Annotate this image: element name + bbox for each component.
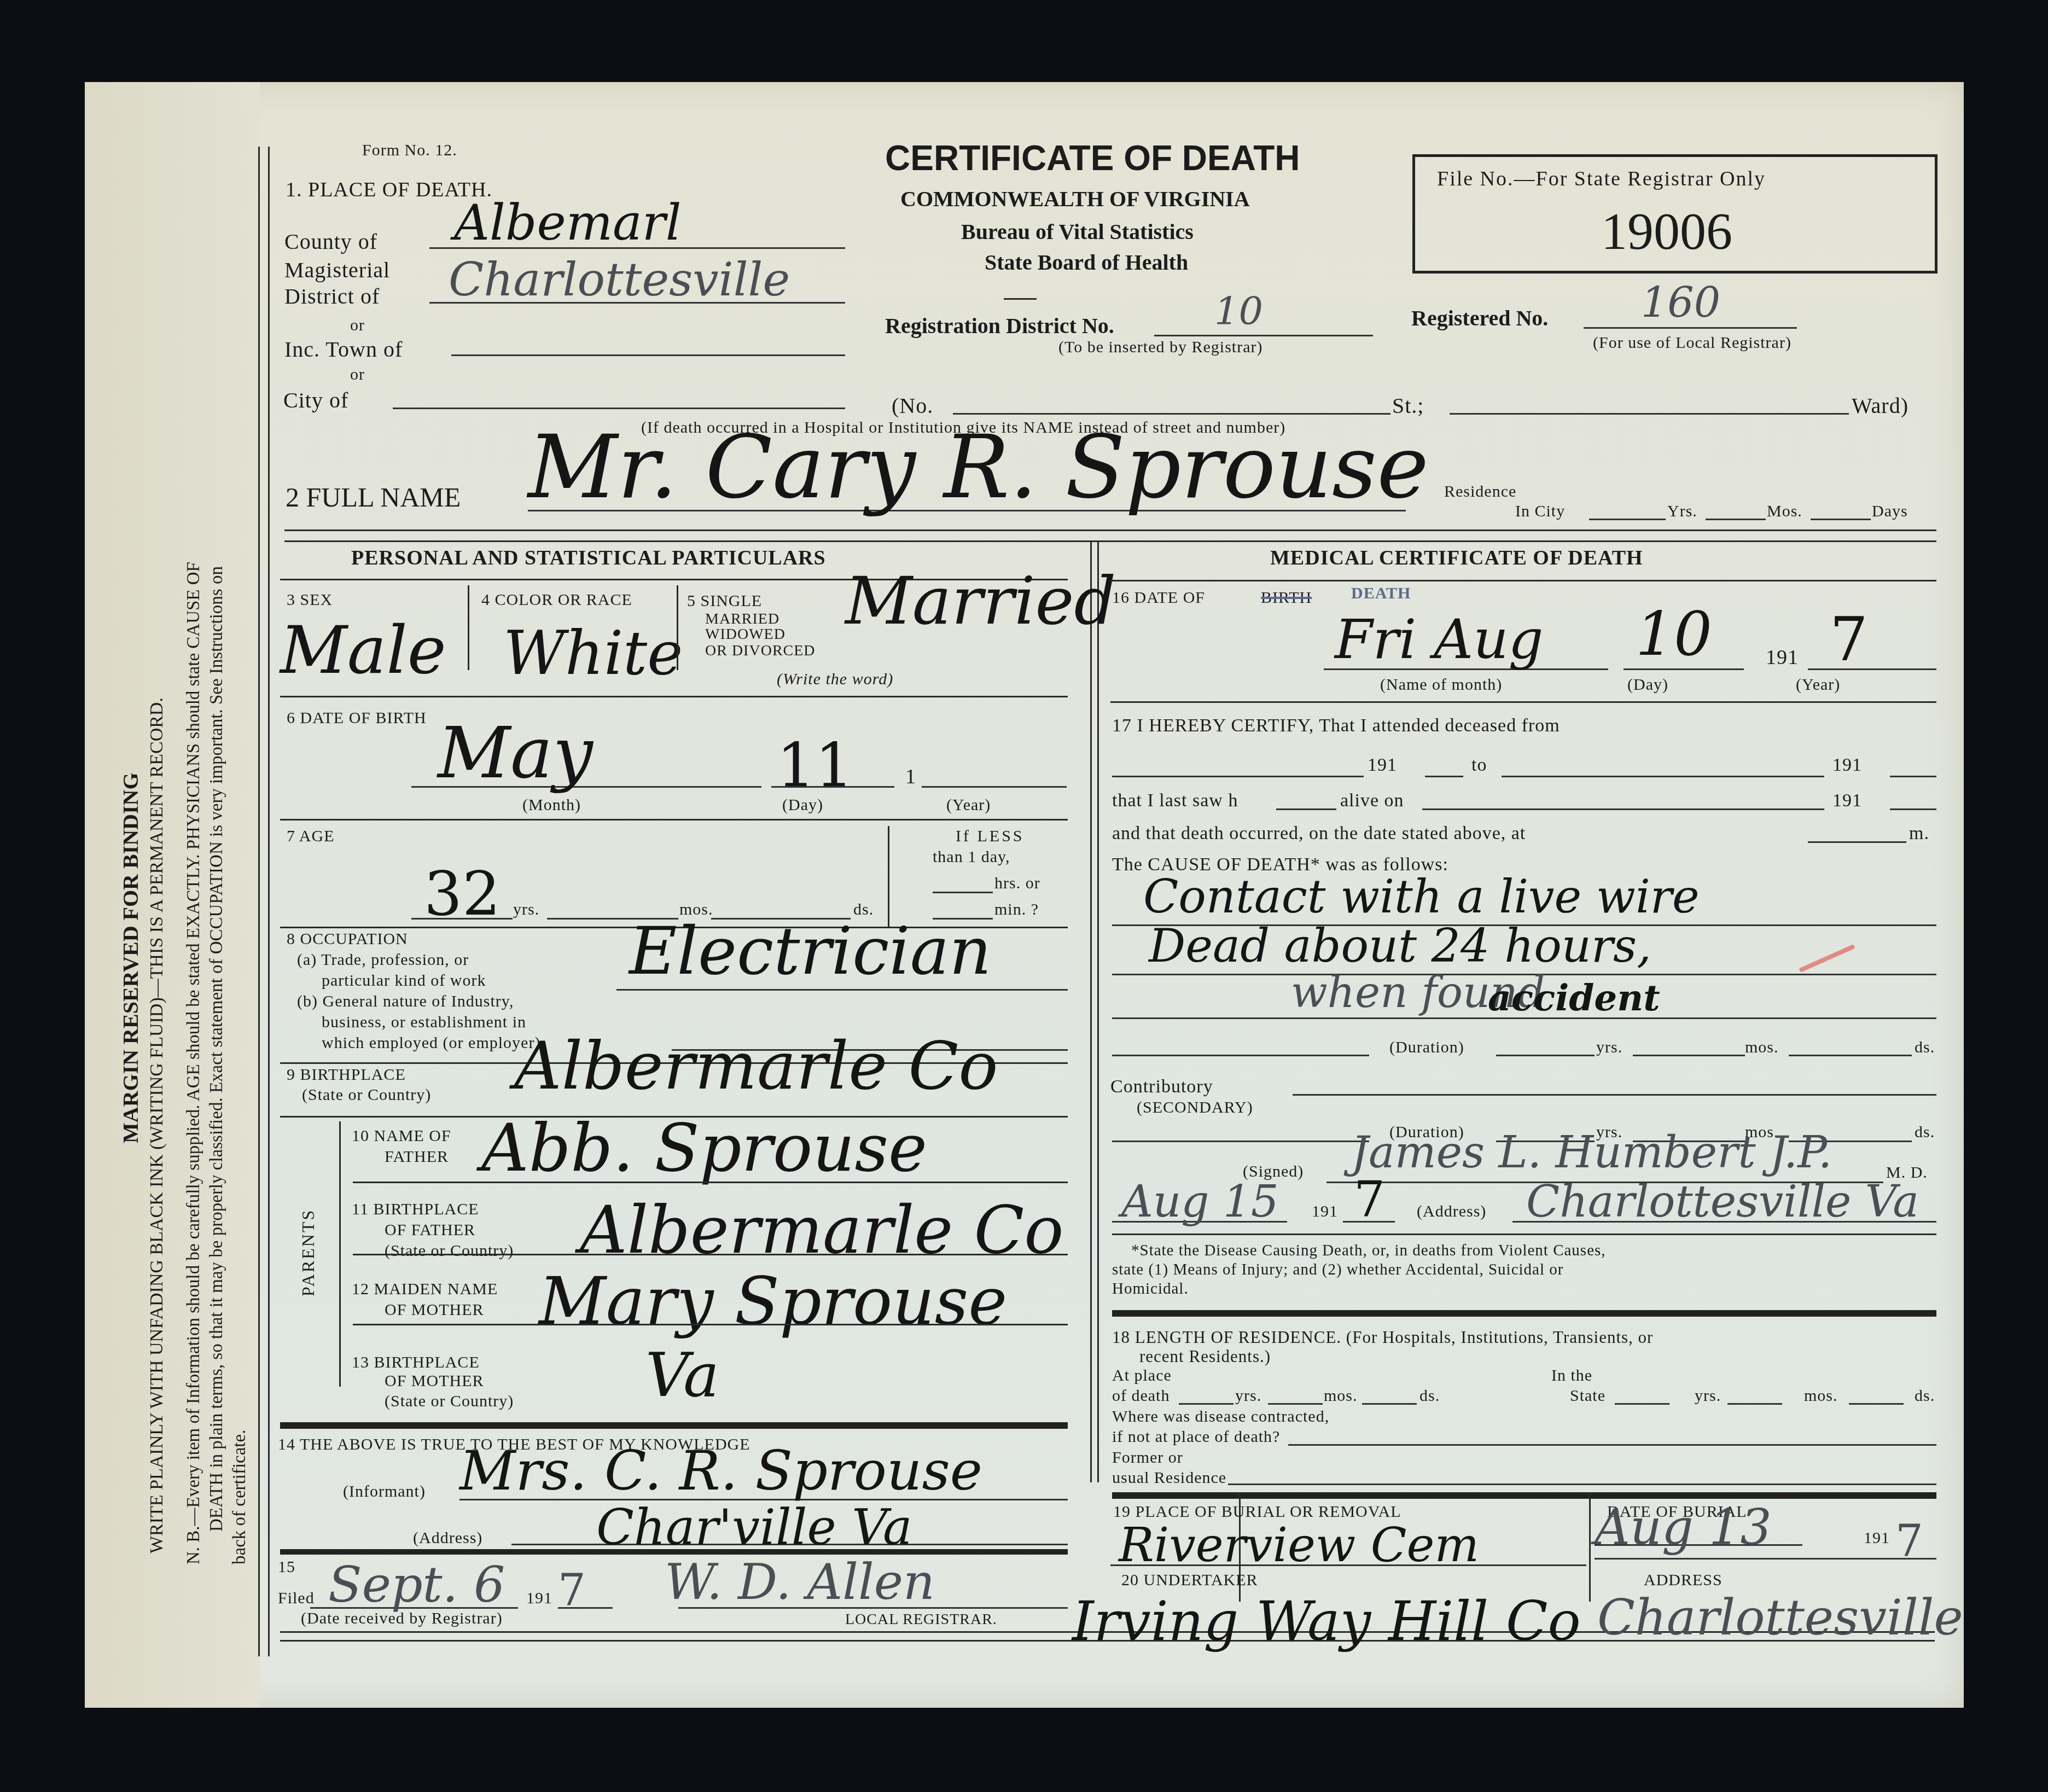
marital-option-married: MARRIED bbox=[687, 612, 818, 627]
street-no-field[interactable] bbox=[953, 413, 1390, 415]
commonwealth-title: COMMONWEALTH OF VIRGINIA bbox=[900, 186, 1250, 212]
informant-address-value: Char'ville Va bbox=[596, 1499, 912, 1556]
undertaker-address-value: Charlottesville bbox=[1597, 1589, 1963, 1646]
bureau-title: Bureau of Vital Statistics bbox=[961, 219, 1194, 245]
row-rule bbox=[353, 1182, 1068, 1183]
death-month-value: Fri Aug bbox=[1335, 607, 1544, 671]
residence-days-label: Days bbox=[1872, 502, 1908, 521]
residence-yrs-label: Yrs. bbox=[1667, 502, 1697, 521]
attended-from-field[interactable] bbox=[1112, 776, 1364, 777]
state-yrs-field[interactable] bbox=[1615, 1403, 1669, 1405]
street-label: St.; bbox=[1392, 393, 1424, 418]
father-birthplace-value: Albermarle Co bbox=[580, 1192, 1064, 1269]
last-saw-label: that I last saw h bbox=[1112, 790, 1238, 811]
death-time-field[interactable] bbox=[1808, 841, 1906, 843]
residence-days-field[interactable] bbox=[1811, 519, 1871, 520]
filed-note: (Date received by Registrar) bbox=[301, 1609, 503, 1628]
full-name-label: 2 FULL NAME bbox=[286, 481, 461, 513]
mother-birthplace-label-2: OF MOTHER bbox=[385, 1372, 484, 1390]
dob-label: 6 DATE OF BIRTH bbox=[287, 709, 427, 728]
contributory-label: Contributory bbox=[1110, 1077, 1213, 1097]
registered-number-field[interactable] bbox=[1584, 327, 1797, 329]
dob-day-note: (Day) bbox=[782, 796, 823, 814]
residence-heading: 18 LENGTH OF RESIDENCE. (For Hospitals, … bbox=[1112, 1328, 1653, 1347]
where-contracted-2: if not at place of death? bbox=[1112, 1428, 1280, 1446]
district-label: District of bbox=[284, 283, 380, 309]
form-number: Form No. 12. bbox=[362, 141, 457, 160]
father-label-1: 10 NAME OF bbox=[352, 1127, 451, 1145]
filed-label: Filed bbox=[278, 1589, 315, 1608]
registration-district-note: (To be inserted by Registrar) bbox=[1058, 338, 1262, 357]
less-than-line-1: If LESS bbox=[956, 827, 1025, 846]
death-stamp: DEATH bbox=[1351, 584, 1411, 603]
place-ds-label: ds. bbox=[1419, 1387, 1440, 1405]
residence-mos-field[interactable] bbox=[1706, 519, 1766, 520]
cell-divider bbox=[468, 585, 469, 670]
less-than-line-3: hrs. or bbox=[994, 874, 1040, 893]
mother-value: Mary Sprouse bbox=[539, 1264, 1007, 1340]
ink-note: WRITE PLAINLY WITH UNFADING BLACK INK (W… bbox=[147, 697, 167, 1554]
at-place-label: At place bbox=[1112, 1366, 1172, 1385]
death-year-value: 7 bbox=[1830, 604, 1868, 674]
medical-heading: MEDICAL CERTIFICATE OF DEATH bbox=[1270, 546, 1643, 570]
occupation-value: Electrician bbox=[629, 914, 992, 990]
row-rule bbox=[280, 819, 1068, 821]
physician-address-label: (Address) bbox=[1417, 1202, 1486, 1221]
filed-item-number: 15 bbox=[278, 1558, 295, 1576]
secondary-duration-blank[interactable] bbox=[1112, 1141, 1369, 1142]
burial-divider bbox=[1589, 1492, 1591, 1602]
last-seen-year-prefix: 191 bbox=[1832, 790, 1862, 811]
color-value: White bbox=[503, 618, 683, 688]
state-ds-field[interactable] bbox=[1849, 1403, 1904, 1405]
informant-label: (Informant) bbox=[343, 1482, 426, 1501]
marital-value: Married bbox=[845, 563, 1116, 639]
father-birthplace-label-3: (State or Country) bbox=[385, 1242, 514, 1260]
marital-label: 5 SINGLE MARRIED WIDOWED OR DIVORCED bbox=[687, 591, 818, 660]
attended-from-year-field[interactable] bbox=[1425, 776, 1463, 777]
occupation-a1: (a) Trade, profession, or bbox=[297, 951, 469, 969]
where-contracted-1: Where was disease contracted, bbox=[1112, 1407, 1329, 1426]
state-mos-field[interactable] bbox=[1727, 1403, 1782, 1405]
informant-address-label: (Address) bbox=[413, 1529, 482, 1547]
registration-district-label: Registration District No. bbox=[885, 313, 1114, 339]
footnote-line-3: Homicidal. bbox=[1112, 1280, 1189, 1298]
street-no-label: (No. bbox=[892, 393, 933, 418]
pronoun-field[interactable] bbox=[1276, 808, 1336, 810]
filed-date-value: Sept. 6 bbox=[328, 1556, 505, 1614]
residence-yrs-field[interactable] bbox=[1589, 519, 1666, 520]
certificate-title: CERTIFICATE OF DEATH bbox=[885, 138, 1300, 178]
row-rule bbox=[353, 1254, 1068, 1255]
age-label: 7 AGE bbox=[287, 827, 335, 846]
title-rule bbox=[1004, 298, 1037, 300]
mother-birthplace-label-1: 13 BIRTHPLACE bbox=[352, 1353, 480, 1372]
dob-year-prefix: 1 bbox=[905, 765, 916, 789]
father-birthplace-label-1: 11 BIRTHPLACE bbox=[352, 1200, 479, 1219]
registration-district-value: 10 bbox=[1214, 289, 1263, 334]
occupation-label: 8 OCCUPATION bbox=[287, 930, 408, 949]
undertaker-address-label: ADDRESS bbox=[1644, 1571, 1723, 1590]
where-contracted-field[interactable] bbox=[1288, 1444, 1936, 1446]
of-death-label: of death bbox=[1112, 1387, 1170, 1405]
file-number-box: File No.—For State Registrar Only 19006 bbox=[1412, 154, 1938, 274]
signed-year-prefix: 191 bbox=[1312, 1202, 1338, 1221]
burial-date-value: Aug 13 bbox=[1595, 1499, 1772, 1556]
cell-divider bbox=[677, 585, 678, 670]
state-mos-label: mos. bbox=[1804, 1387, 1838, 1405]
parents-label: PARENTS bbox=[298, 1209, 318, 1296]
row-rule bbox=[353, 1324, 1068, 1325]
attended-from-year-prefix: 191 bbox=[1368, 755, 1397, 776]
section-rule bbox=[1112, 1492, 1936, 1499]
border-line bbox=[258, 147, 260, 1656]
former-residence-2: usual Residence bbox=[1112, 1469, 1226, 1487]
death-month-note: (Name of month) bbox=[1380, 676, 1502, 694]
marital-option-widowed: WIDOWED bbox=[687, 627, 818, 642]
physician-signature: James L. Humbert J.P. bbox=[1351, 1127, 1832, 1178]
file-number: 19006 bbox=[1601, 201, 1732, 261]
burial-place-value: Riverview Cem bbox=[1119, 1518, 1479, 1573]
death-year-field[interactable] bbox=[1808, 668, 1936, 670]
cell-divider bbox=[888, 826, 889, 927]
state-label: State bbox=[1570, 1387, 1605, 1405]
attended-to-year-field[interactable] bbox=[1890, 776, 1936, 777]
in-the-label: In the bbox=[1551, 1366, 1592, 1385]
file-box-label: File No.—For State Registrar Only bbox=[1437, 167, 1766, 191]
informant-value: Mrs. C. R. Sprouse bbox=[459, 1439, 982, 1503]
duration-mos-label: mos. bbox=[1745, 1038, 1779, 1057]
ward-field[interactable] bbox=[1450, 413, 1849, 415]
less-than-line-2: than 1 day, bbox=[933, 848, 1010, 866]
section-rule bbox=[1112, 1310, 1936, 1317]
alive-on-label: alive on bbox=[1340, 790, 1404, 811]
dob-month-note: (Month) bbox=[522, 796, 581, 814]
ward-label: Ward) bbox=[1852, 393, 1909, 418]
magisterial-label: Magisterial bbox=[284, 257, 390, 283]
marital-option-single: 5 SINGLE bbox=[687, 591, 818, 612]
father-value: Abb. Sprouse bbox=[481, 1110, 927, 1186]
duration-mos-field[interactable] bbox=[1633, 1055, 1745, 1056]
row-rule bbox=[280, 696, 1068, 697]
color-label: 4 COLOR OR RACE bbox=[481, 591, 632, 609]
mother-birthplace-value: Va bbox=[645, 1340, 719, 1410]
city-label: City of bbox=[283, 387, 348, 413]
nb-line-1: N. B.—Every item of Information should b… bbox=[184, 562, 204, 1564]
section-rule bbox=[284, 530, 1936, 531]
father-birthplace-label-2: OF FATHER bbox=[385, 1221, 475, 1240]
footnote-line-2: state (1) Means of Injury; and (2) wheth… bbox=[1112, 1261, 1563, 1279]
dob-year-note: (Year) bbox=[946, 796, 991, 814]
personal-heading: PERSONAL AND STATISTICAL PARTICULARS bbox=[351, 546, 826, 570]
border-line bbox=[268, 147, 270, 1656]
residence-label: Residence bbox=[1444, 482, 1516, 501]
date-of-death-label: 16 DATE OF bbox=[1112, 589, 1205, 607]
undertaker-value: Irving Way Hill Co bbox=[1072, 1589, 1581, 1653]
former-residence-field[interactable] bbox=[1228, 1483, 1936, 1485]
registered-number-label: Registered No. bbox=[1411, 305, 1548, 331]
cause-line-1: Contact with a live wire bbox=[1143, 870, 1700, 923]
to-label: to bbox=[1471, 755, 1487, 776]
county-value: Albemarl bbox=[454, 194, 681, 252]
sex-value: Male bbox=[280, 613, 446, 689]
filed-year-value: 7 bbox=[558, 1564, 586, 1615]
column-divider bbox=[1097, 542, 1099, 1482]
struck-birth-text: BIRTH bbox=[1261, 589, 1312, 607]
less-than-line-4: min. ? bbox=[994, 900, 1039, 919]
or-text: or bbox=[350, 316, 365, 335]
secondary-ds-label: ds. bbox=[1915, 1123, 1935, 1142]
binding-note: MARGIN RESERVED FOR BINDING bbox=[118, 772, 143, 1143]
duration-label: (Duration) bbox=[1389, 1038, 1464, 1057]
district-value: Charlottesville bbox=[449, 253, 790, 306]
column-divider bbox=[1090, 542, 1092, 1482]
duration-ds-field[interactable] bbox=[1789, 1055, 1912, 1056]
last-seen-date-field[interactable] bbox=[1422, 808, 1824, 810]
registrar-signature: W. D. Allen bbox=[665, 1554, 935, 1611]
nb-line-2: DEATH in plain terms, so that it may be … bbox=[207, 566, 227, 1532]
father-label-2: FATHER bbox=[385, 1148, 449, 1166]
dob-day-value: 11 bbox=[777, 730, 853, 800]
occupation-a2: particular kind of work bbox=[322, 971, 486, 990]
signed-date-value: Aug 15 bbox=[1121, 1176, 1279, 1227]
mother-label-1: 12 MAIDEN NAME bbox=[352, 1280, 498, 1299]
town-label: Inc. Town of bbox=[284, 336, 403, 362]
burial-year-prefix: 191 bbox=[1864, 1529, 1890, 1547]
place-yrs-label: yrs. bbox=[1235, 1387, 1261, 1405]
duration-yrs-label: yrs. bbox=[1596, 1038, 1622, 1057]
burial-date-rule bbox=[1595, 1558, 1936, 1560]
parents-divider bbox=[339, 1121, 341, 1387]
cause-duration-blank[interactable] bbox=[1112, 1055, 1369, 1056]
filed-year-prefix: 191 bbox=[526, 1589, 552, 1608]
in-city-label: In City bbox=[1515, 502, 1565, 521]
place-mos-field[interactable] bbox=[1268, 1403, 1323, 1405]
dob-year-field[interactable] bbox=[922, 786, 1067, 788]
place-ds-field[interactable] bbox=[1362, 1403, 1417, 1405]
nb-line-3: back of certificate. bbox=[230, 1430, 250, 1564]
state-yrs-label: yrs. bbox=[1695, 1387, 1721, 1405]
cause-line-2: Dead about 24 hours, bbox=[1149, 919, 1651, 973]
occupation-b2: business, or establishment in bbox=[322, 1013, 526, 1032]
certify-statement: 17 I HEREBY CERTIFY, That I attended dec… bbox=[1112, 715, 1560, 736]
secondary-label: (SECONDARY) bbox=[1137, 1098, 1253, 1117]
age-value: 32 bbox=[424, 859, 501, 929]
registered-number-note: (For use of Local Registrar) bbox=[1593, 334, 1791, 352]
row-rule bbox=[1112, 1234, 1936, 1235]
registration-district-field[interactable] bbox=[1154, 335, 1373, 336]
residence-heading-2: recent Residents.) bbox=[1139, 1347, 1271, 1366]
less-hours-field[interactable] bbox=[933, 892, 993, 893]
physician-address-value: Charlottesville Va bbox=[1526, 1176, 1919, 1227]
death-day-note: (Day) bbox=[1627, 676, 1668, 694]
attended-to-field[interactable] bbox=[1502, 776, 1824, 777]
mother-label-2: OF MOTHER bbox=[385, 1301, 484, 1319]
registered-number-value: 160 bbox=[1641, 278, 1720, 327]
county-label: County of bbox=[284, 229, 377, 254]
death-year-prefix: 191 bbox=[1766, 645, 1799, 670]
board-title: State Board of Health bbox=[985, 249, 1188, 275]
meridiem-label: m. bbox=[1909, 823, 1929, 844]
birthplace-note: (State or Country) bbox=[302, 1086, 431, 1104]
row-rule bbox=[1110, 580, 1936, 581]
age-years-label: yrs. bbox=[513, 900, 539, 919]
occupation-b3: which employed (or employer) bbox=[322, 1034, 540, 1052]
former-residence-1: Former or bbox=[1112, 1448, 1183, 1467]
birthplace-label: 9 BIRTHPLACE bbox=[287, 1066, 406, 1084]
occupation-b1: (b) General nature of Industry, bbox=[297, 992, 514, 1011]
section-rule bbox=[284, 540, 1936, 542]
residence-mos-label: Mos. bbox=[1767, 502, 1802, 521]
sex-label: 3 SEX bbox=[287, 591, 333, 609]
or-text: or bbox=[350, 365, 365, 384]
duration-ds-label: ds. bbox=[1915, 1038, 1935, 1057]
death-year-note: (Year) bbox=[1796, 676, 1840, 694]
duration-yrs-field[interactable] bbox=[1496, 1055, 1595, 1056]
undertaker-label: 20 UNDERTAKER bbox=[1121, 1571, 1258, 1590]
city-field[interactable] bbox=[393, 408, 845, 409]
section-rule bbox=[280, 1422, 1068, 1429]
death-day-value: 10 bbox=[1636, 599, 1712, 669]
death-occurred-label: and that death occurred, on the date sta… bbox=[1112, 823, 1526, 844]
footnote-line-1: *State the Disease Causing Death, or, in… bbox=[1131, 1242, 1606, 1260]
signed-year-value: 7 bbox=[1354, 1171, 1385, 1228]
contributory-field[interactable] bbox=[1293, 1094, 1936, 1096]
attended-to-year-prefix: 191 bbox=[1832, 755, 1862, 776]
marital-note: (Write the word) bbox=[777, 670, 893, 689]
marital-option-divorced: OR DIVORCED bbox=[687, 642, 818, 660]
birthplace-value: Albermarle Co bbox=[514, 1028, 998, 1104]
row-rule bbox=[1110, 701, 1936, 703]
place-yrs-field[interactable] bbox=[1179, 1403, 1234, 1405]
last-seen-year-field[interactable] bbox=[1890, 808, 1936, 810]
cause-line-3-b: accident bbox=[1488, 976, 1660, 1019]
dob-month-value: May bbox=[438, 711, 593, 794]
mother-birthplace-label-3: (State or Country) bbox=[385, 1392, 514, 1411]
town-field[interactable] bbox=[451, 354, 845, 356]
place-mos-label: mos. bbox=[1324, 1387, 1358, 1405]
full-name-value: Mr. Cary R. Sprouse bbox=[528, 416, 1429, 518]
local-registrar-label: LOCAL REGISTRAR. bbox=[845, 1611, 997, 1628]
state-ds-label: ds. bbox=[1915, 1387, 1935, 1405]
